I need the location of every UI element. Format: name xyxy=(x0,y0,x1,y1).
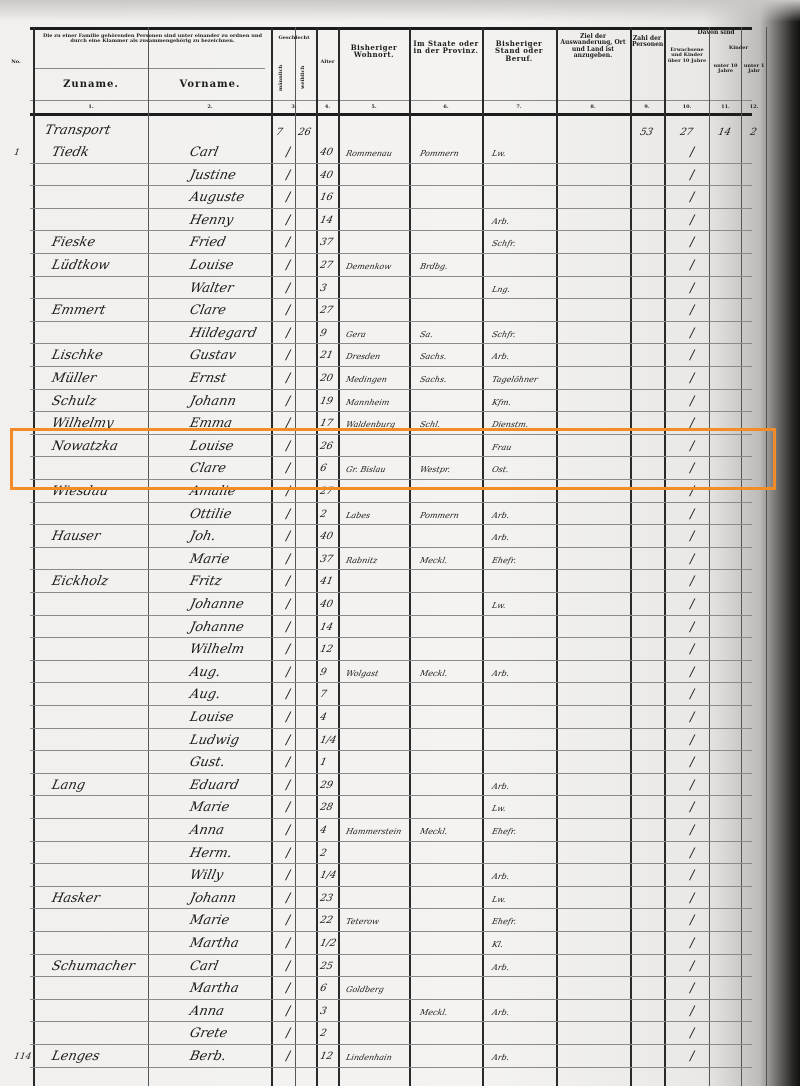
header-given-name: Vorname. xyxy=(150,80,270,91)
given-name-cell: Henny xyxy=(189,214,235,227)
given-name-cell: Johanne xyxy=(189,598,245,611)
age-cell: 22 xyxy=(319,916,334,926)
row-rule xyxy=(30,886,752,887)
surname-cell: Müller xyxy=(51,372,98,385)
province-cell: Meckl. xyxy=(419,670,448,678)
occupation-cell: Lw. xyxy=(491,150,506,158)
colnum-6: 6. xyxy=(412,104,480,110)
sex-tick: / xyxy=(286,778,290,793)
occupation-cell: Kfm. xyxy=(491,399,512,407)
occupation-cell: Arb. xyxy=(491,1009,510,1017)
count-tick: / xyxy=(690,642,694,657)
age-cell: 14 xyxy=(319,216,334,226)
header-female: weiblich xyxy=(301,60,306,95)
count-tick: / xyxy=(690,394,694,409)
given-name-cell: Gustav xyxy=(189,349,238,362)
province-cell: Sa. xyxy=(419,331,433,339)
given-name-cell: Martha xyxy=(189,937,240,950)
given-name-cell: Clare xyxy=(189,304,228,317)
sex-tick: / xyxy=(286,868,290,883)
age-cell: 2 xyxy=(319,849,328,859)
age-cell: 2 xyxy=(319,510,328,520)
family-note-rule xyxy=(35,68,265,69)
colnum-1: 1. xyxy=(36,104,146,110)
age-cell: 20 xyxy=(319,374,334,384)
given-name-cell: Hildegard xyxy=(189,327,258,340)
colnum-10: 10. xyxy=(666,104,708,110)
row-rule xyxy=(30,502,752,503)
count-tick: / xyxy=(690,190,694,205)
row-rule xyxy=(30,389,752,390)
sex-tick: / xyxy=(286,529,290,544)
row-rule xyxy=(30,230,752,231)
row-rule xyxy=(30,637,752,638)
age-cell: 1/2 xyxy=(319,939,337,949)
row-rule xyxy=(30,863,752,864)
age-cell: 40 xyxy=(319,532,334,542)
given-name-cell: Joh. xyxy=(189,530,217,543)
province-cell: Meckl. xyxy=(419,557,448,565)
row-number: 1 xyxy=(13,148,20,158)
transport-persons: 53 xyxy=(639,128,654,138)
header-bottom-rule xyxy=(30,113,752,116)
header-top-rule xyxy=(30,27,752,30)
age-cell: 41 xyxy=(319,577,334,587)
row-rule xyxy=(30,682,752,683)
given-name-cell: Ernst xyxy=(189,372,228,385)
row-rule xyxy=(30,253,752,254)
age-cell: 25 xyxy=(319,962,334,972)
occupation-cell: Arb. xyxy=(491,964,510,972)
count-tick: / xyxy=(690,936,694,951)
count-tick: / xyxy=(690,552,694,567)
age-cell: 7 xyxy=(319,690,328,700)
count-tick: / xyxy=(690,348,694,363)
row-rule xyxy=(30,1067,752,1068)
row-rule xyxy=(30,750,752,751)
header-age: Alter xyxy=(317,60,338,65)
age-cell: 40 xyxy=(319,148,334,158)
sex-tick: / xyxy=(286,620,290,635)
age-cell: 4 xyxy=(319,713,328,723)
count-tick: / xyxy=(690,823,694,838)
count-tick: / xyxy=(690,755,694,770)
colnum-3: 3. xyxy=(272,104,316,110)
colnum-7: 7. xyxy=(484,104,554,110)
sex-tick: / xyxy=(286,597,290,612)
sex-tick: / xyxy=(286,394,290,409)
age-cell: 27 xyxy=(319,306,334,316)
age-cell: 9 xyxy=(319,329,328,339)
count-tick: / xyxy=(690,1049,694,1064)
colnum-5: 5. xyxy=(341,104,407,110)
transport-female: 26 xyxy=(297,128,312,138)
row-rule xyxy=(30,547,752,548)
sex-tick: / xyxy=(286,145,290,160)
age-cell: 14 xyxy=(319,623,334,633)
residence-cell: Demenkow xyxy=(345,263,392,271)
surname-cell: Lenges xyxy=(51,1050,101,1063)
occupation-cell: Ehefr. xyxy=(491,828,517,836)
row-rule xyxy=(30,660,752,661)
sex-tick: / xyxy=(286,507,290,522)
province-cell: Pommern xyxy=(419,512,459,520)
count-tick: / xyxy=(690,1004,694,1019)
sex-tick: / xyxy=(286,281,290,296)
sex-tick: / xyxy=(286,168,290,183)
sex-tick: / xyxy=(286,959,290,974)
row-rule xyxy=(30,1044,752,1045)
given-name-cell: Marie xyxy=(189,914,231,927)
row-rule xyxy=(30,1021,752,1022)
header-province: Im Staate oder in der Provinz. xyxy=(412,40,480,55)
surname-cell: Hauser xyxy=(51,530,102,543)
row-rule xyxy=(30,908,752,909)
count-tick: / xyxy=(690,258,694,273)
age-cell: 29 xyxy=(319,781,334,791)
sex-tick: / xyxy=(286,190,290,205)
count-tick: / xyxy=(690,800,694,815)
occupation-cell: Lw. xyxy=(491,896,506,904)
sex-tick: / xyxy=(286,258,290,273)
sex-tick: / xyxy=(286,665,290,680)
occupation-cell: Schfr. xyxy=(491,240,516,248)
header-residence: Bisheriger Wohnort. xyxy=(341,44,407,59)
sex-tick: / xyxy=(286,800,290,815)
row-rule xyxy=(30,773,752,774)
surname-cell: Schumacher xyxy=(51,960,136,973)
row-rule xyxy=(30,411,752,412)
row-rule xyxy=(30,615,752,616)
row-rule xyxy=(30,592,752,593)
sex-tick: / xyxy=(286,213,290,228)
count-tick: / xyxy=(690,235,694,250)
given-name-cell: Louise xyxy=(189,711,235,724)
surname-cell: Fieske xyxy=(51,236,97,249)
sex-tick: / xyxy=(286,936,290,951)
surname-cell: Lischke xyxy=(51,349,104,362)
header-under10: unter 10 Jahre xyxy=(711,64,740,75)
count-tick: / xyxy=(690,868,694,883)
given-name-cell: Gust. xyxy=(189,756,227,769)
header-occupation: Bisheriger Stand oder Beruf. xyxy=(484,40,554,62)
count-tick: / xyxy=(690,507,694,522)
col-rule-under1 xyxy=(766,27,767,1086)
header-male: männlich xyxy=(279,60,284,95)
age-cell: 16 xyxy=(319,193,334,203)
count-tick: / xyxy=(690,733,694,748)
count-tick: / xyxy=(690,846,694,861)
residence-cell: Dresden xyxy=(345,353,381,361)
age-cell: 9 xyxy=(319,668,328,678)
age-cell: 4 xyxy=(319,826,328,836)
given-name-cell: Johann xyxy=(189,395,238,408)
sex-tick: / xyxy=(286,371,290,386)
given-name-cell: Eduard xyxy=(189,779,240,792)
row-rule xyxy=(30,185,752,186)
given-name-cell: Carl xyxy=(189,146,220,159)
scan-shadow xyxy=(0,0,800,22)
sex-tick: / xyxy=(286,1049,290,1064)
given-name-cell: Marie xyxy=(189,553,231,566)
row-rule xyxy=(30,931,752,932)
count-tick: / xyxy=(690,326,694,341)
surname-cell: Lang xyxy=(51,779,87,792)
row-rule xyxy=(30,569,752,570)
age-cell: 23 xyxy=(319,894,334,904)
province-cell: Sachs. xyxy=(419,376,447,384)
province-cell: Meckl. xyxy=(419,1009,448,1017)
given-name-cell: Fritz xyxy=(189,575,223,588)
age-cell: 12 xyxy=(319,1052,334,1062)
surname-cell: Schulz xyxy=(51,395,98,408)
occupation-cell: Arb. xyxy=(491,512,510,520)
residence-cell: Teterow xyxy=(345,918,380,926)
given-name-cell: Herm. xyxy=(189,847,233,860)
row-rule xyxy=(30,343,752,344)
sex-tick: / xyxy=(286,348,290,363)
count-tick: / xyxy=(690,574,694,589)
sex-tick: / xyxy=(286,981,290,996)
given-name-cell: Wilhelm xyxy=(189,643,246,656)
count-tick: / xyxy=(690,597,694,612)
transport-adults: 27 xyxy=(679,128,694,138)
sex-tick: / xyxy=(286,823,290,838)
row-rule xyxy=(30,321,752,322)
row-rule xyxy=(30,818,752,819)
register-page: No. Die zu einer Familie gehörenden Pers… xyxy=(0,0,800,1086)
sex-tick: / xyxy=(286,235,290,250)
residence-cell: Rommenau xyxy=(345,150,393,158)
residence-cell: Wolgast xyxy=(345,670,379,678)
row-rule xyxy=(30,999,752,1000)
header-adults: Erwachsene und Kinder über 10 Jahre xyxy=(666,48,708,64)
given-name-cell: Justine xyxy=(189,169,237,182)
age-cell: 40 xyxy=(319,171,334,181)
occupation-cell: Lw. xyxy=(491,602,506,610)
province-cell: Brdbg. xyxy=(419,263,448,271)
age-cell: 3 xyxy=(319,1007,328,1017)
count-tick: / xyxy=(690,687,694,702)
count-tick: / xyxy=(690,620,694,635)
residence-cell: Hammerstein xyxy=(345,828,402,836)
residence-cell: Gera xyxy=(345,331,366,339)
given-name-cell: Berb. xyxy=(189,1050,228,1063)
province-cell: Pommern xyxy=(419,150,459,158)
sex-tick: / xyxy=(286,552,290,567)
count-tick: / xyxy=(690,959,694,974)
given-name-cell: Willy xyxy=(189,869,225,882)
age-cell: 12 xyxy=(319,645,334,655)
sex-tick: / xyxy=(286,891,290,906)
header-persons: Zahl der Personen xyxy=(632,36,662,49)
occupation-cell: Lw. xyxy=(491,805,506,813)
row-rule xyxy=(30,524,752,525)
occupation-cell: Ehefr. xyxy=(491,557,517,565)
header-children: Kinder xyxy=(711,46,766,51)
occupation-cell: Arb. xyxy=(491,218,510,226)
age-cell: 40 xyxy=(319,600,334,610)
residence-cell: Lindenhain xyxy=(345,1054,392,1062)
sex-tick: / xyxy=(286,710,290,725)
occupation-cell: Ehefr. xyxy=(491,918,517,926)
residence-cell: Mannheim xyxy=(345,399,390,407)
sex-tick: / xyxy=(286,326,290,341)
sex-tick: / xyxy=(286,687,290,702)
age-cell: 1 xyxy=(319,758,328,768)
row-rule xyxy=(30,841,752,842)
row-rule xyxy=(30,728,752,729)
given-name-cell: Carl xyxy=(189,960,220,973)
sex-tick: / xyxy=(286,574,290,589)
count-tick: / xyxy=(690,281,694,296)
header-row-number: No. xyxy=(2,60,30,65)
header-surname: Zuname. xyxy=(36,80,146,91)
residence-cell: Medingen xyxy=(345,376,387,384)
colnum-8: 8. xyxy=(558,104,628,110)
given-name-cell: Grete xyxy=(189,1027,229,1040)
given-name-cell: Anna xyxy=(189,1005,226,1018)
occupation-cell: Arb. xyxy=(491,534,510,542)
colnum-4: 4. xyxy=(317,104,338,110)
given-name-cell: Johanne xyxy=(189,621,245,634)
province-cell: Meckl. xyxy=(419,828,448,836)
given-name-cell: Johann xyxy=(189,892,238,905)
highlight-box[interactable] xyxy=(10,428,776,490)
sex-tick: / xyxy=(286,913,290,928)
occupation-cell: Lng. xyxy=(491,286,511,294)
row-rule xyxy=(30,795,752,796)
colnum-9: 9. xyxy=(632,104,662,110)
given-name-cell: Louise xyxy=(189,259,235,272)
given-name-cell: Anna xyxy=(189,824,226,837)
age-cell: 3 xyxy=(319,284,328,294)
occupation-cell: Arb. xyxy=(491,783,510,791)
residence-cell: Labes xyxy=(345,512,371,520)
residence-cell: Rabnitz xyxy=(345,557,378,565)
header-sex: Geschlecht xyxy=(272,36,316,41)
count-tick: / xyxy=(690,529,694,544)
age-cell: 1/4 xyxy=(319,736,337,746)
transport-male: 7 xyxy=(275,128,284,138)
colnum-2: 2. xyxy=(150,104,270,110)
occupation-cell: Kl. xyxy=(491,941,504,949)
colnum-rule xyxy=(30,100,752,101)
count-tick: / xyxy=(690,303,694,318)
age-cell: 6 xyxy=(319,984,328,994)
surname-cell: Lüdtkow xyxy=(51,259,111,272)
age-cell: 37 xyxy=(319,555,334,565)
header-under1: unter 1 Jahr xyxy=(742,64,766,75)
age-cell: 19 xyxy=(319,397,334,407)
count-tick: / xyxy=(690,778,694,793)
province-cell: Sachs. xyxy=(419,353,447,361)
sex-tick: / xyxy=(286,1004,290,1019)
sex-tick: / xyxy=(286,642,290,657)
count-tick: / xyxy=(690,710,694,725)
sex-tick: / xyxy=(286,303,290,318)
row-rule xyxy=(30,976,752,977)
row-rule xyxy=(30,954,752,955)
given-name-cell: Ottilie xyxy=(189,508,233,521)
surname-cell: Hasker xyxy=(51,892,101,905)
header-family-note: Die zu einer Familie gehörenden Personen… xyxy=(40,34,265,45)
row-rule xyxy=(30,298,752,299)
row-rule xyxy=(30,208,752,209)
count-tick: / xyxy=(690,213,694,228)
occupation-cell: Arb. xyxy=(491,353,510,361)
occupation-cell: Tagelöhner xyxy=(491,376,538,384)
count-tick: / xyxy=(690,665,694,680)
count-tick: / xyxy=(690,145,694,160)
sex-tick: / xyxy=(286,755,290,770)
age-cell: 28 xyxy=(319,803,334,813)
count-tick: / xyxy=(690,981,694,996)
count-tick: / xyxy=(690,913,694,928)
age-cell: 2 xyxy=(319,1029,328,1039)
surname-cell: Emmert xyxy=(51,304,107,317)
surname-cell: Tiedk xyxy=(51,146,90,159)
row-number: 114 xyxy=(13,1052,32,1062)
sex-tick: / xyxy=(286,1026,290,1041)
surname-cell: Eickholz xyxy=(51,575,110,588)
header-group: Davon sind xyxy=(666,30,766,36)
count-tick: / xyxy=(690,1026,694,1041)
colnum-11: 11. xyxy=(711,104,740,110)
occupation-cell: Arb. xyxy=(491,873,510,881)
given-name-cell: Martha xyxy=(189,982,240,995)
given-name-cell: Aug. xyxy=(189,666,222,679)
age-cell: 1/4 xyxy=(319,871,337,881)
given-name-cell: Fried xyxy=(189,236,227,249)
count-tick: / xyxy=(690,371,694,386)
given-name-cell: Aug. xyxy=(189,688,222,701)
occupation-cell: Arb. xyxy=(491,670,510,678)
occupation-cell: Arb. xyxy=(491,1054,510,1062)
sex-tick: / xyxy=(286,733,290,748)
row-rule xyxy=(30,705,752,706)
given-name-cell: Auguste xyxy=(189,191,246,204)
residence-cell: Goldberg xyxy=(345,986,384,994)
given-name-cell: Walter xyxy=(189,282,235,295)
transport-label: Transport xyxy=(44,124,112,137)
row-rule xyxy=(30,276,752,277)
given-name-cell: Marie xyxy=(189,801,231,814)
transport-under10: 14 xyxy=(717,128,732,138)
row-rule xyxy=(30,163,752,164)
count-tick: / xyxy=(690,168,694,183)
age-cell: 37 xyxy=(319,238,334,248)
count-tick: / xyxy=(690,891,694,906)
occupation-cell: Schfr. xyxy=(491,331,516,339)
age-cell: 21 xyxy=(319,351,334,361)
sex-tick: / xyxy=(286,846,290,861)
given-name-cell: Ludwig xyxy=(189,734,241,747)
row-rule xyxy=(30,366,752,367)
age-cell: 27 xyxy=(319,261,334,271)
header-destination: Ziel der Auswanderung, Ort und Land ist … xyxy=(558,34,628,59)
transport-under1: 2 xyxy=(749,128,758,138)
colnum-12: 12. xyxy=(742,104,766,110)
